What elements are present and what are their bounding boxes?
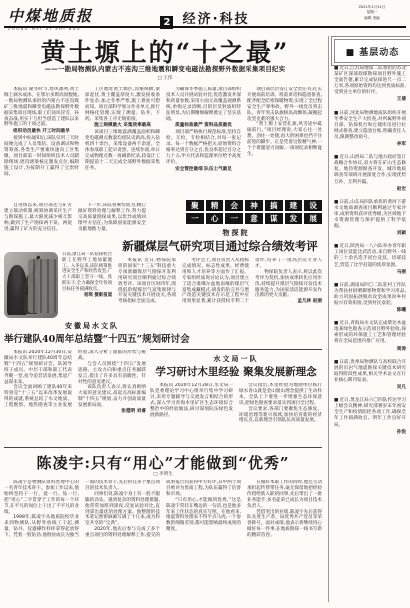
bullet-icon: ■ (334, 111, 338, 116)
sidebar-news-item: ■日前,河北局物测地质队组织开展冬季安全生产大检查,对所属野外项目部、钻探机台和… (334, 111, 406, 149)
shuiwen-kicker: 水文局一队 (150, 354, 322, 364)
sidebar-header-label: ■ 基层动态 (346, 45, 400, 58)
body-paragraph: 接到中标通知后,该队仅用三天时间便完成了人员集结、设备调试和物资筹备,各类生产要… (4, 136, 79, 177)
shuiwen-divider (150, 349, 322, 350)
slogan-row2: 一心一意谋发展 (186, 213, 322, 224)
body-paragraph: 为确保冬季施工质量,项目部组织技术人员开展试验对比,优选激发井深和药量参数,采用… (166, 87, 241, 122)
date-line3: 编辑 美编 (340, 16, 404, 21)
news-photo (4, 252, 58, 318)
bullet-icon: ■ (334, 321, 338, 326)
bullet-icon: ■ (334, 66, 338, 71)
body-paragraph: 项目部层层签订安全责任书,扎实开展岗前培训、班前讲话和隐患排查,配齐配全防寒保暖… (247, 87, 322, 122)
photo-caption: 日前,浙江局一队钻探机台职工在野外工地加紧施工。入冬以来,该队统筹推进安全生产和… (62, 252, 112, 318)
body-paragraph: 与会人员围绕“十四五”发展思路、主攻方向和重点任务踊跃发言,提出了许多具有前瞻性… (78, 362, 146, 386)
slogan-character-tile: 设 (304, 200, 322, 211)
body-paragraph: 该队负责人表示,将认真吸纳大家的意见建议,高起点高标准编制“十四五”规划,奋力开… (78, 385, 146, 409)
slogan-character-tile: 建 (285, 200, 303, 211)
body-paragraph: “只有用心,才能做到优秀。”这是陈凌宇常挂在嘴边的一句话,也是他多年来工作状态的… (166, 498, 241, 533)
body-paragraph: 陈凌宇是物测队资料处理中心的一名青年技术骨干。参加工作以来,他始终坚持干一行、爱… (4, 480, 79, 515)
bullet-icon: ■ (334, 360, 338, 365)
bullet-icon: ■ (334, 283, 338, 288)
lead-subtitle: ——一勘局物测队内蒙古不连沟三维地震和瞬变电磁法勘探野外数据采集项目纪实 (2, 64, 328, 73)
wutan-headline: 新疆煤层气研究项目通过综合绩效考评 (118, 238, 322, 254)
body-paragraph: 本报讯 2020年12月30日,安徽局水文队举行建队40周年总结暨“十四五”规划… (4, 350, 72, 385)
slogan-character-tile: 发 (285, 213, 303, 224)
sidebar-item-author: 吴凡 (334, 385, 406, 391)
article-author: 孟凡林 赵丽 (255, 299, 322, 305)
slogan-character-tile: 精 (206, 200, 224, 211)
body-paragraph: 下一步,该队将乘势而为,精心做好资料处理与解释工作,努力提交高质量勘探成果,以优… (78, 203, 146, 233)
slogan-character-tile: 搞 (265, 200, 283, 211)
sidebar-news-item: ■近日,陕西局一八六队举办青年职工岗位技能比武活动,来自野外一线的三十余名选手同… (334, 244, 406, 275)
slogan-character-tile: 心 (206, 213, 224, 224)
slogan-character-tile: 神 (245, 200, 263, 211)
body-paragraph: 在做好本职工作的同时,他还主动承担起传帮带任务,毫无保留地把经验传授给新入职的同… (247, 480, 322, 510)
slogan-character-tile: 谋 (265, 213, 283, 224)
shuiwen-headline: 学习研讨木里经验 聚集发展新理念 (150, 364, 322, 379)
lead-body: 本报讯 隆冬时节,寒风凛冽,黄土塬上滴水成冰。在鄂尔多斯高原腹地,一勘局物测队承… (4, 87, 322, 199)
slogan-character-tile: 会 (225, 200, 243, 211)
body-subhead: 组织动员最快 开工时间最早 (4, 129, 79, 135)
sidebar-news-item: ■近日,山西局二队与地方政府签订战略合作协议,双方将在矿山生态修复、地热资源勘查… (334, 155, 406, 193)
body-paragraph: 该项目三维地震满覆盖面积和瞬变电磁测点数量均创队史新高,投入钻机四十余台、采集设… (85, 130, 160, 171)
body-paragraph: 本报讯 隆冬时节,寒风凛冽,黄土塬上滴水成冰。在鄂尔多斯高原腹地,一勘局物测队承… (4, 87, 79, 128)
anhui-headline: 举行建队40周年总结暨“十四五”规划研讨会 (4, 331, 180, 345)
body-paragraph: 自进场以来,项目部还与矿方建立联动机制,统筹协调采区生产与勘探施工,最大限度减少… (4, 203, 72, 233)
photo-fence (28, 259, 57, 313)
sidebar-item-author: 陈曦 (334, 308, 406, 314)
bullet-icon: ■ (334, 155, 338, 160)
body-paragraph: 工区地处黄土塬区,沟壑纵横,梁峁起伏,黄土覆盖厚度大,激发接收条件复杂,加之冬季… (85, 87, 160, 122)
photo-caption-text: 日前,浙江局一队钻探机台职工在野外工地加紧施工。入冬以来,该队统筹推进安全生产和… (62, 252, 112, 292)
wutan-kicker: 物探院 (150, 228, 322, 238)
shuiwen-body: 本报讯 2020年12月28日,水文局一队党委理论学习中心组举行集中学习研讨,采… (150, 383, 322, 444)
body-paragraph: 物探院负责人表示,将以此次考评为契机,加快成果转化应用步伐,持续提升煤层气勘探开… (255, 270, 322, 300)
sidebar-rule (328, 36, 329, 602)
body-subhead: 施工规模最大 采集效率最高 (85, 123, 160, 129)
bullet-icon: ■ (334, 398, 338, 403)
anhui-body: 本报讯 2020年12月30日,安徽局水文队举行建队40周年总结暨“十四五”规划… (4, 350, 146, 444)
body-paragraph: 本报讯 2020年12月28日,水文局一队党委理论学习中心组举行集中学习研讨,采… (150, 383, 233, 418)
wutan-body-col1: 本报讯 近日,物探院承担的国家“十三五”科技重大专项新疆煤层气勘探开发利用研究项… (118, 258, 176, 316)
body-paragraph: 会议要求,各部门要聚焦生态修复、环境治理等新兴领域,加快培育新的经济增长点,以新… (239, 407, 322, 425)
slogan-character-tile: 聚 (186, 200, 204, 211)
slogan-row1: 聚精会神搞建设 (186, 200, 322, 211)
sidebar-item-author: 李军 (334, 142, 406, 148)
sidebar-news-item: ■日前,山东局四队承担的黄河下游水文地质调查项目顺利通过专家评审,成果资料获评优… (334, 200, 406, 238)
chen-byline: □ 李明生 (4, 471, 322, 477)
bullet-icon: ■ (334, 200, 338, 205)
slogan-character-tile: 一 (186, 213, 204, 224)
sidebar-news-item: ■近日,青海局水文队完成柴达木盆地某绿色勘查示范项目野外验收,探索形成的环保施工… (334, 321, 406, 352)
chen-headline: 陈凌宇:只有“用心”才能做到“优秀” (4, 452, 322, 473)
article-author: 张德明 刘睿 (78, 409, 146, 415)
slogan-character-tile: 一 (225, 213, 243, 224)
body-paragraph: 项目部严格执行规范标准,坚持自检、互检、专检相结合,对每一张记录、每一个数据严格… (166, 130, 241, 165)
header-rule (4, 26, 406, 28)
body-paragraph: 会议指出,木里经验为地勘单位践行绿水青山就是金山银山理念提供了生动样本。全队上下… (239, 383, 322, 407)
sidebar-item-author: 马丽 (334, 270, 406, 276)
chen-body: 陈凌宇是物测队资料处理中心的一名青年技术骨干。参加工作以来,他始终坚持干一行、爱… (4, 480, 322, 602)
slogan-character-tile: 意 (245, 213, 263, 224)
sidebar-news-item: ■日前,湖南局四〇二队驻村工作队为帮扶村捐赠御寒物资和学习用品,助力巩固拓展脱贫… (334, 283, 406, 314)
wutan-body-cols: 考评会上,项目负责人从指标完成情况、标志性成果、经费使用和人才培养等方面作了汇报… (182, 258, 322, 340)
body-paragraph: 本报讯 近日,物探院承担的国家“十三五”科技重大专项新疆煤层气勘探开发利用研究项… (118, 258, 176, 305)
body-paragraph: “黄土塬上安营扎寨,风雪途中砥砺前行。”项目经理说,大家心往一处想、劲往一处使,… (247, 122, 322, 157)
sidebar-item-author: 王倩 (334, 97, 406, 103)
date-block: 2021年1月11日 星期一 编辑 美编 (340, 5, 404, 21)
sidebar-item-author: 周涛 (334, 347, 406, 353)
photo-credit: 杨琪 摄影报道 (62, 293, 112, 299)
chen-divider (4, 447, 322, 448)
section-label: 经济·科技 (183, 12, 250, 27)
body-paragraph: 同事们说,陈凌宇身上有一股不服输的劲头。遇到复杂的资料处理难题,他常常加班到深夜… (85, 492, 160, 527)
sidebar-item-author: 孙悦 (334, 430, 406, 436)
slogan-character-tile: 展 (304, 213, 322, 224)
sidebar-item-author: 刘颖 (334, 231, 406, 237)
lead-byline: □ 王伟 (2, 75, 328, 81)
sidebar-item-author: 赵宏 (334, 187, 406, 193)
sidebar-header-box: ■ 基层动态 (331, 36, 410, 66)
bullet-icon: ■ (334, 244, 338, 249)
anhui-kicker: 安徽局水文队 (4, 321, 180, 331)
newspaper-page: 中煤地质报 ZHONG MEI DI ZHI BAO 2 经济·科技 2021年… (0, 0, 410, 608)
body-paragraph: 凭借突出的业绩,陈凌宇先后获得队先进生产者、局优秀共产党员等荣誉称号。面对成绩,… (247, 510, 322, 540)
body-subhead: 质量标准最严 资料品质最优 (166, 123, 241, 129)
sidebar-news-item: ■近日,黑龙江局六〇四队传达学习上级会议精神,研究部署岁末年初安全生产和疫情防控… (334, 398, 406, 436)
sidebar-news-list: ■近日,江苏局地质二队承担的苏北某矿区深部找煤勘探项目野外施工全面告捷,累计完成… (334, 66, 406, 602)
sidebar-news-item: ■日前,贵州局物测队与高校联合开展的页岩气地震勘探关键技术研究取得阶段性成果,相… (334, 360, 406, 391)
body-subhead: 安全管控最细 队伍士气最足 (166, 167, 241, 173)
sidebar-news-item: ■近日,江苏局地质二队承担的苏北某矿区深部找煤勘探项目野外施工全面告捷,累计完成… (334, 66, 406, 104)
slogan-banner: 聚精会神搞建设 一心一意谋发展 (186, 200, 322, 224)
